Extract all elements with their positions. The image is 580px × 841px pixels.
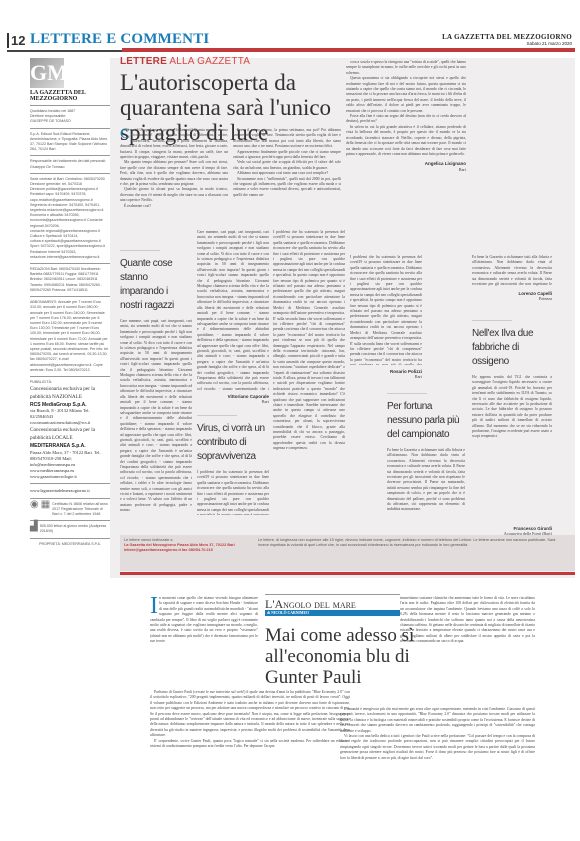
- local-concessionaire: Concessionaria esclusiva per la pubblici…: [30, 426, 110, 442]
- readership-text: 505.000 lettori al giorno medio (Audipre…: [40, 524, 110, 534]
- subscriptions-info: ABBONAMENTI: Annuale per 7 numeri Euro 3…: [30, 296, 110, 373]
- letter-title: Virus, ci vorrà un contributo di sopravv…: [197, 422, 269, 464]
- section-kicker: LETTERE ALLA GAZZETTA: [120, 56, 250, 67]
- letter-title: Nell'ex Ilva due fabbriche di ossigeno: [472, 327, 552, 369]
- rubric-byline: di NICOLÒ CARNIMEO: [265, 610, 400, 616]
- newspaper-logo-icon: GM: [30, 58, 64, 88]
- letter-1: Quante cose stanno imparando i nostri ra…: [120, 250, 192, 524]
- author-city: Bari: [346, 167, 466, 172]
- letter-body: Care mamme, cari papà, cari insegnanti, …: [120, 319, 192, 524]
- letters-contact-details[interactable]: La Gazzetta del Mezzogiorno Piazza Aldo …: [124, 543, 244, 553]
- masthead-sidebar: GM LA GAZZETTA DEL MEZZOGIORNO Quotidian…: [30, 58, 110, 547]
- rcs-address: via Rizzoli, 8 - 20132 Milano Tel. 02/25…: [30, 408, 110, 426]
- redazioni-info: REDAZIONI Bari: 080/5470430 Nordbarese: …: [30, 263, 110, 293]
- privacy-info: Responsabile del trattamento dei dati pe…: [30, 155, 110, 169]
- red-top-bar: [122, 48, 575, 52]
- website-link[interactable]: www.lagazzettadelmezzogiorno.it: [30, 483, 110, 495]
- letters-rules: Le lettere, di lunghezza non superiore a…: [258, 538, 558, 548]
- column-article-body-right: L'umanità è energivora più che mai emett…: [340, 707, 535, 761]
- ownership-text: PROPRIETÀ: MEDITERRANEA S.P.A.: [30, 538, 110, 547]
- mediterranea-address: Piazza Aldo Moro, 37 - 70122 Bari. Tel. …: [30, 450, 110, 480]
- publication-name: LA GAZZETTA DEL MEZZOGIORNO: [442, 33, 572, 41]
- publisher-info: S.p.A. Edisud Sud-Edisud Redazione, Ammi…: [30, 128, 110, 153]
- certification-text: Certificato N. 8606 relativo all'anno 20…: [52, 502, 110, 518]
- letter-2: Virus, ci vorrà un contributo di sopravv…: [197, 415, 269, 515]
- main-article-col1: C ovid-19, qualcosa di positivo lo lasce…: [120, 128, 228, 209]
- column-article-body-right-top: immettiamo sostanze chimiche che annient…: [400, 596, 535, 645]
- letter-4: Nell'ex Ilva due fabbriche di ossigeno H…: [472, 320, 552, 536]
- main-article-col2: Forse il primo giorno, la prima settiman…: [233, 128, 341, 198]
- audipress-icon: ▟: [30, 524, 38, 534]
- letter-title: Quante cose stanno imparando i nostri ra…: [120, 257, 192, 313]
- national-concessionaire: Concessionaria esclusiva per la pubblici…: [30, 385, 110, 401]
- letter-body: Fa bene la Gazzetta a richiamare tutti a…: [387, 448, 465, 536]
- certification-seal-icon: ◉: [30, 502, 39, 518]
- section-title: LETTERE E COMMENTI: [30, 31, 209, 48]
- letter-2-cont: I problemi che ha scatenato la presenza …: [273, 230, 345, 528]
- letter-3-cont: Fa bene la Gazzetta a richiamare tutti a…: [472, 255, 552, 301]
- letter-city: Bari: [350, 374, 422, 379]
- contacts-info: Sede centrale di Bari: Centralino: 080/5…: [30, 173, 110, 260]
- page-number: 12: [7, 33, 25, 48]
- letter-body: I problemi che ha scatenato la presenza …: [197, 470, 269, 515]
- letter-body: Ho appena sentito dal TG1 che comincia a…: [472, 375, 552, 520]
- director-name: GIUSEPPE DE TOMASO: [30, 119, 110, 124]
- rubric-rule: [265, 594, 400, 595]
- letter-2-end: I problemi che ha scatenato la presenza …: [350, 255, 422, 379]
- ads-logo-icon: ▦: [41, 502, 50, 518]
- letter-city: Potenza: [472, 296, 552, 301]
- drop-cap: I: [150, 596, 158, 616]
- letter-1-cont: Care mamme, cari papà, cari insegnanti, …: [197, 230, 269, 404]
- letter-city: Bari: [197, 399, 269, 404]
- drop-cap: C: [120, 128, 130, 140]
- letter-title: Per fortuna nessuno parla più del campio…: [387, 400, 465, 442]
- column-article-intro: I n momenti come quello che stiamo viven…: [150, 596, 258, 645]
- red-bottom-bar: [120, 572, 575, 575]
- main-article-col3: cora a scuola e spesso la ritengono una …: [346, 60, 466, 172]
- letter-3: Per fortuna nessuno parla più del campio…: [387, 393, 465, 536]
- letters-address: Le lettere vanno indirizzate a La Gazzet…: [124, 538, 244, 554]
- logo-name: LA GAZZETTA DEL MEZZOGIORNO: [30, 90, 110, 102]
- column-article-body-left: Parliamo di Gunter Pauli (cercate le sue…: [150, 690, 350, 749]
- issue-date: Sabato 21 marzo 2020: [526, 41, 572, 46]
- column-headline: Mai come adesso sì all'economia blu di G…: [265, 625, 415, 688]
